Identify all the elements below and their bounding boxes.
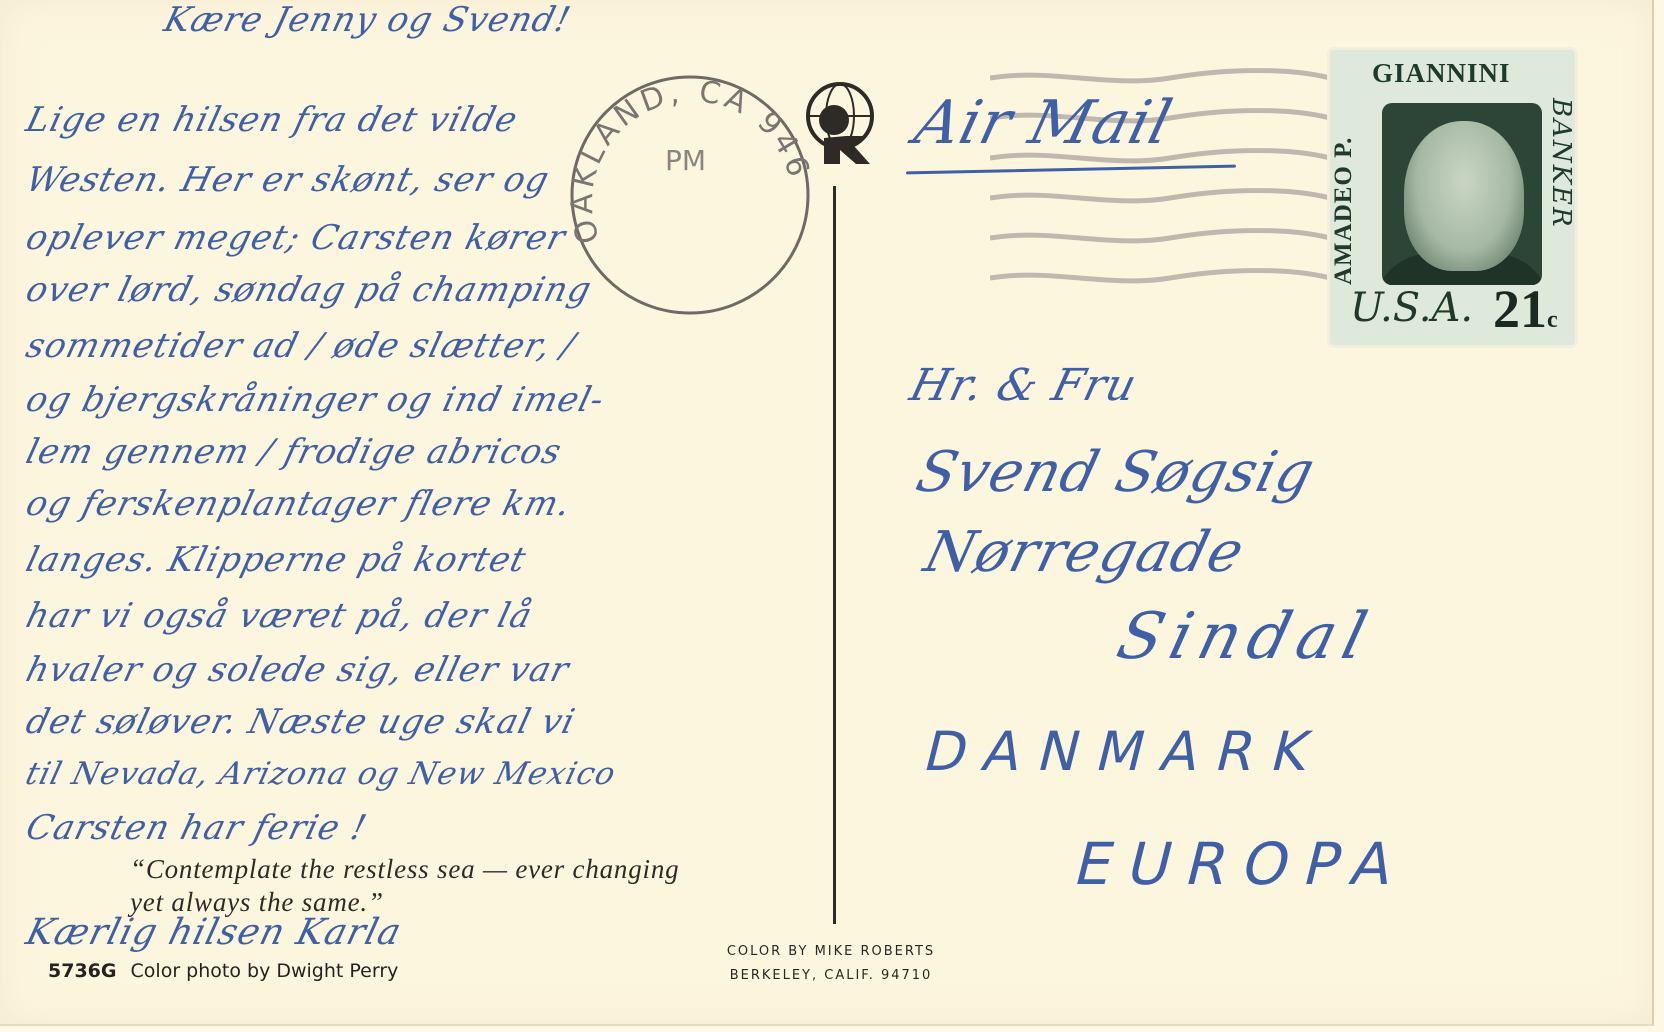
publisher-globe-logo-icon — [800, 80, 886, 170]
photo-credit: 5736G Color photo by Dwight Perry — [48, 960, 398, 982]
message-line: Carsten har ferie ! — [22, 808, 371, 848]
stamp-right-text: BANKER — [1546, 98, 1576, 298]
postmark-time: PM — [665, 144, 706, 177]
stamp-portrait-face — [1404, 121, 1524, 271]
postage-stamp: GIANNINI AMADEO P. BANKER U.S.A. 21c — [1330, 50, 1575, 345]
stamp-value-number: 21 — [1493, 279, 1547, 339]
stamp-left-text: AMADEO P. — [1330, 75, 1358, 285]
printer-line-2: BERKELEY, CALIF. 94710 — [716, 964, 946, 988]
airmail-label: Air Mail — [908, 88, 1179, 158]
message-line: lem gennem / frodige abricos — [22, 432, 566, 472]
address-line: Sindal — [1110, 600, 1382, 674]
stamp-country: U.S.A. — [1350, 285, 1473, 331]
message-line: Lige en hilsen fra det vilde — [22, 100, 522, 140]
address-line: Hr. & Fru — [905, 360, 1142, 411]
message-line: til Nevada, Arizona og New Mexico — [22, 756, 620, 792]
message-line: langes. Klipperne på kortet — [22, 540, 530, 580]
stamp-value: 21c — [1493, 278, 1558, 340]
address-line: EUROPA — [1068, 830, 1417, 898]
message-line: har vi også været på, der lå — [22, 596, 537, 636]
stamp-portrait — [1382, 103, 1542, 285]
printed-quote: “Contemplate the restless sea — ever cha… — [130, 853, 679, 919]
stamp-value-unit: c — [1547, 307, 1558, 333]
message-line: hvaler og solede sig, eller var — [22, 650, 574, 690]
message-line: sommetider ad / øde slætter, / — [22, 326, 580, 366]
message-line: oplever meget; Carsten kører — [22, 218, 570, 258]
message-greeting: Kære Jenny og Svend! — [160, 0, 575, 40]
photographer-credit: Color photo by Dwight Perry — [131, 960, 399, 982]
message-line: Westen. Her er skønt, ser og — [22, 160, 554, 200]
postmark-icon: OAKLAND, CA 946 PM — [560, 65, 820, 325]
message-line: og bjergskråninger og ind imel- — [22, 380, 609, 420]
quote-line-1: “Contemplate the restless sea — ever cha… — [130, 853, 679, 886]
postcard-back: Kære Jenny og Svend! Lige en hilsen fra … — [0, 0, 1654, 1026]
address-line: Nørregade — [918, 520, 1251, 585]
address-line: DANMARK — [918, 720, 1334, 783]
message-line: over lørd, søndag på champing — [22, 270, 596, 310]
address-line: Svend Søgsig — [910, 440, 1321, 505]
card-code: 5736G — [48, 960, 116, 982]
printer-line-1: COLOR BY MIKE ROBERTS — [716, 940, 946, 964]
message-line: det søløver. Næste uge skal vi — [22, 702, 579, 742]
message-line: og ferskenplantager flere km. — [22, 484, 575, 524]
printer-credit: COLOR BY MIKE ROBERTS BERKELEY, CALIF. 9… — [716, 940, 946, 988]
center-divider — [833, 186, 836, 924]
stamp-top-text: GIANNINI — [1372, 58, 1511, 89]
message-closing: Kærlig hilsen Karla — [22, 912, 406, 953]
